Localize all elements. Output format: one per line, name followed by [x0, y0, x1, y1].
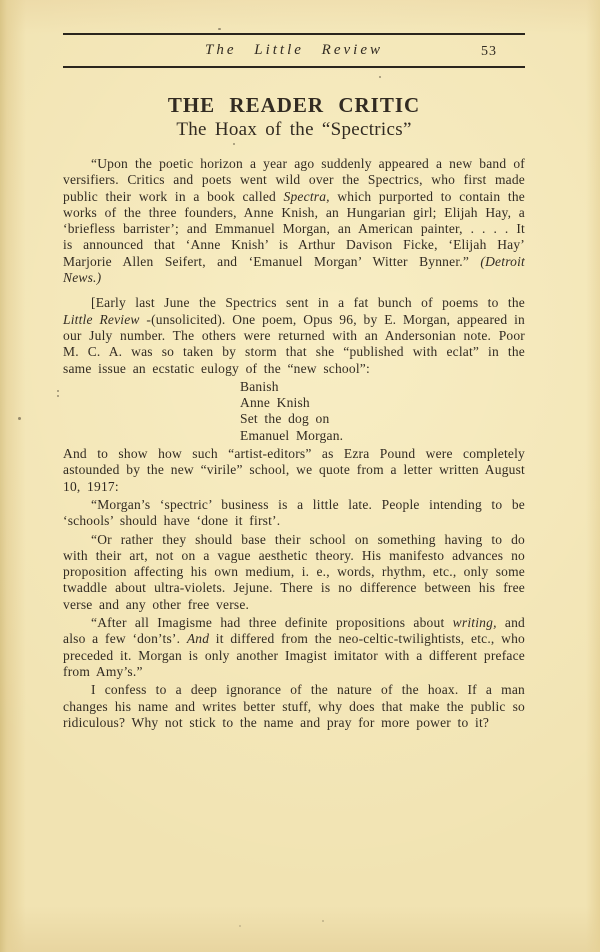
article-title: THE READER CRITIC [63, 94, 525, 116]
paragraph: “Morgan’s ‘spectric’ business is a littl… [63, 497, 525, 530]
article-subtitle: The Hoax of the “Spectrics” [63, 119, 525, 141]
paragraph: I confess to a deep ignorance of the nat… [63, 682, 525, 731]
italic-run: And [187, 631, 209, 646]
text-run: “Or rather they should base their school… [63, 532, 525, 612]
italic-run: writing, [453, 615, 497, 630]
italic-run: Little Review [63, 312, 140, 327]
ink-speck [18, 417, 21, 420]
ink-speck [57, 395, 59, 397]
journal-title: The Little Review [63, 35, 525, 59]
ink-speck [239, 925, 241, 927]
verse-line: Set the dog on [240, 411, 525, 427]
scanned-page: The Little Review 53 THE READER CRITIC T… [0, 0, 600, 952]
page-content: The Little Review 53 THE READER CRITIC T… [63, 0, 525, 731]
paragraph: “After all Imagisme had three definite p… [63, 615, 525, 680]
paragraph: “Or rather they should base their school… [63, 532, 525, 613]
paragraph: And to show how such “artist-editors” as… [63, 446, 525, 495]
page-header: The Little Review 53 [63, 33, 525, 68]
verse-line: Emanuel Morgan. [240, 428, 525, 444]
italic-run: Spectra, [284, 189, 330, 204]
text-run: And to show how such “artist-editors” as… [63, 446, 525, 494]
text-run: “After all Imagisme had three definite p… [91, 615, 453, 630]
verse-block: BanishAnne KnishSet the dog onEmanuel Mo… [240, 379, 525, 444]
body-text: “Upon the poetic horizon a year ago sudd… [63, 156, 525, 731]
text-run: “Morgan’s ‘spectric’ business is a littl… [63, 497, 525, 528]
verse-line: Anne Knish [240, 395, 525, 411]
page-number: 53 [481, 44, 497, 60]
verse-line: Banish [240, 379, 525, 395]
text-run: [Early last June the Spectrics sent in a… [91, 295, 525, 310]
paragraph: [Early last June the Spectrics sent in a… [63, 295, 525, 376]
ink-speck [322, 920, 324, 922]
ink-speck [57, 390, 59, 392]
paragraph: “Upon the poetic horizon a year ago sudd… [63, 156, 525, 286]
text-run: I confess to a deep ignorance of the nat… [63, 682, 525, 730]
